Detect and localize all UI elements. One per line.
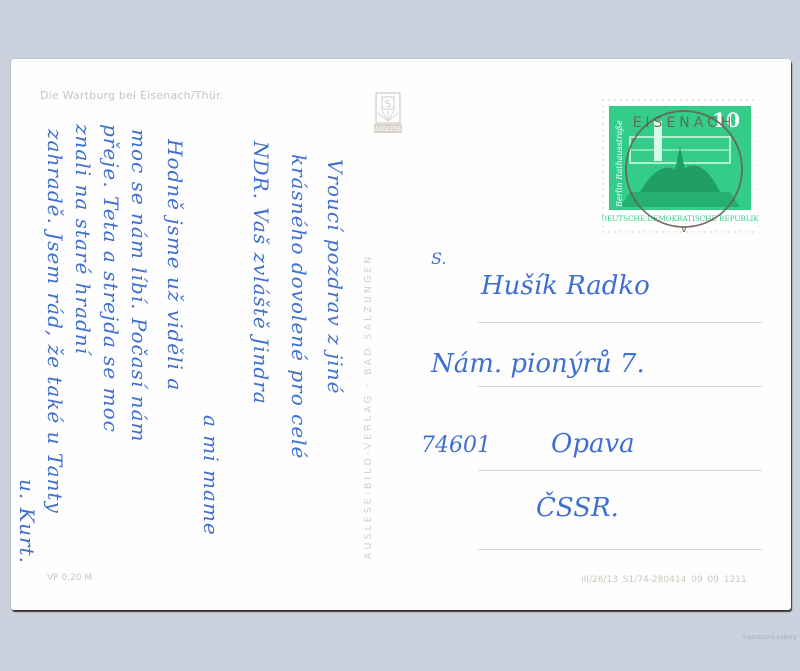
message-line: moc se nám líbí. Počasí nám (127, 129, 151, 442)
price-label: VP 0,20 M (47, 573, 92, 583)
message-line: přeje. Teta a strejda se moc (99, 124, 123, 433)
message-line: a mi mame (199, 415, 223, 536)
svg-text:Berlin Rathausstraße: Berlin Rathausstraße (615, 120, 624, 208)
address-prefix: S. (431, 249, 446, 268)
watermark: ©postcard.gallery (742, 634, 797, 641)
postage-stamp: 10 Berlin Rathausstraße DEUTSCHE DEMOKRA… (600, 97, 760, 237)
message-line: krásného dovolené pro celé (287, 154, 311, 459)
message-line: Hodně jsme už viděli a (163, 139, 187, 391)
svg-text:DEUTSCHE DEMOKRATISCHE REPUBLI: DEUTSCHE DEMOKRATISCHE REPUBLIK (601, 214, 759, 223)
address-line-3 (478, 470, 762, 471)
address-city: Opava (551, 429, 635, 459)
address-name: Hušík Radko (481, 271, 650, 301)
address-line-1 (478, 322, 762, 323)
message-line: Vroucí pozdrav z jiné (323, 159, 347, 394)
message-line: zahradě. Jsem rád, že také u Tanty (43, 129, 67, 514)
publisher-logo-icon: S AUSLESE (373, 91, 403, 135)
print-code: III/26/13 S1/74-280414 09 09 1211 (581, 575, 747, 585)
postcard: Die Wartburg bei Eisenach/Thür. S AUSLES… (11, 59, 791, 610)
address-country: ČSSR. (536, 493, 619, 523)
publisher-imprint: AUSLESE-BILD-VERLAG · BAD SALZUNGEN (363, 254, 374, 559)
message-line: NDR. Vaš zvláště Jindra (249, 141, 273, 405)
address-postcode: 74601 (421, 433, 491, 458)
message-line: znali na staré hradní (71, 124, 95, 355)
svg-text:EISENACH: EISENACH (633, 115, 736, 131)
svg-text:AUSLESE: AUSLESE (374, 126, 401, 133)
address-line-2 (478, 386, 762, 387)
svg-text:S: S (385, 99, 391, 110)
postcard-caption: Die Wartburg bei Eisenach/Thür. (40, 89, 223, 102)
address-line-4 (478, 549, 762, 550)
message-line: u. Kurt. (15, 479, 39, 564)
address-street: Nám. pionýrů 7. (431, 349, 645, 379)
